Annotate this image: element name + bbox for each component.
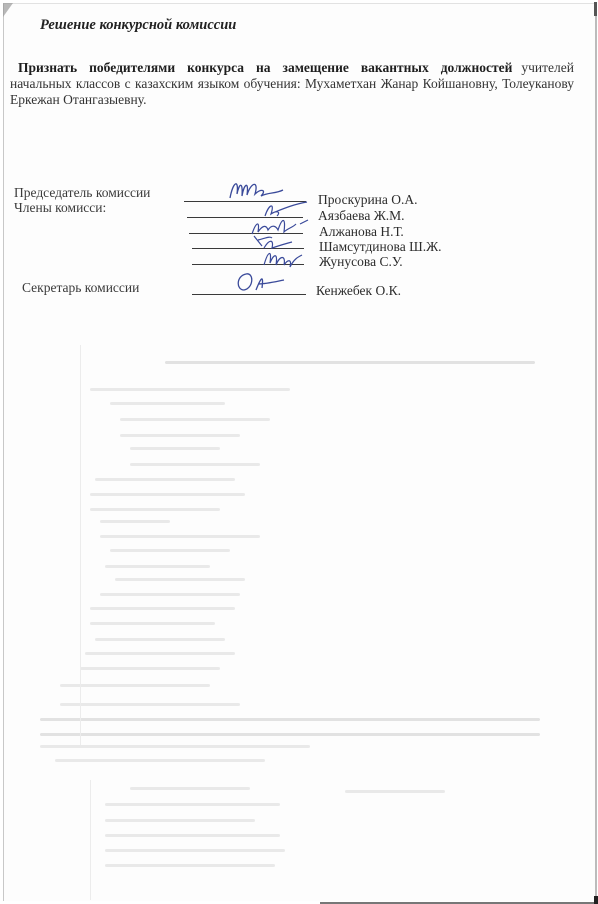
members-label: Члены комисси: bbox=[14, 200, 106, 216]
page-corner-fold bbox=[3, 3, 13, 17]
scanned-page bbox=[3, 3, 596, 901]
signature-secretary-icon bbox=[232, 268, 292, 296]
scan-edge-right-top bbox=[594, 2, 597, 16]
member-name: Проскурина О.А. bbox=[318, 192, 418, 208]
member-name: Жунусова С.У. bbox=[319, 254, 403, 270]
scan-edge-corner bbox=[594, 896, 598, 904]
secretary-name: Кенжебек О.К. bbox=[316, 283, 401, 299]
member-name: Алжанова Н.Т. bbox=[319, 224, 404, 240]
document-title: Решение конкурсной комиссии bbox=[40, 17, 236, 34]
decision-lead: Признать победителями конкурса на замеще… bbox=[18, 60, 512, 75]
signature-member-4-icon bbox=[258, 247, 308, 269]
member-name: Шамсутдинова Ш.Ж. bbox=[319, 239, 442, 255]
scan-edge-right bbox=[595, 2, 597, 902]
decision-paragraph: Признать победителями конкурса на замеще… bbox=[10, 60, 574, 108]
chair-label: Председатель комиссии bbox=[14, 185, 150, 201]
member-name: Аязбаева Ж.М. bbox=[318, 208, 405, 224]
secretary-label: Секретарь комиссии bbox=[22, 280, 139, 296]
